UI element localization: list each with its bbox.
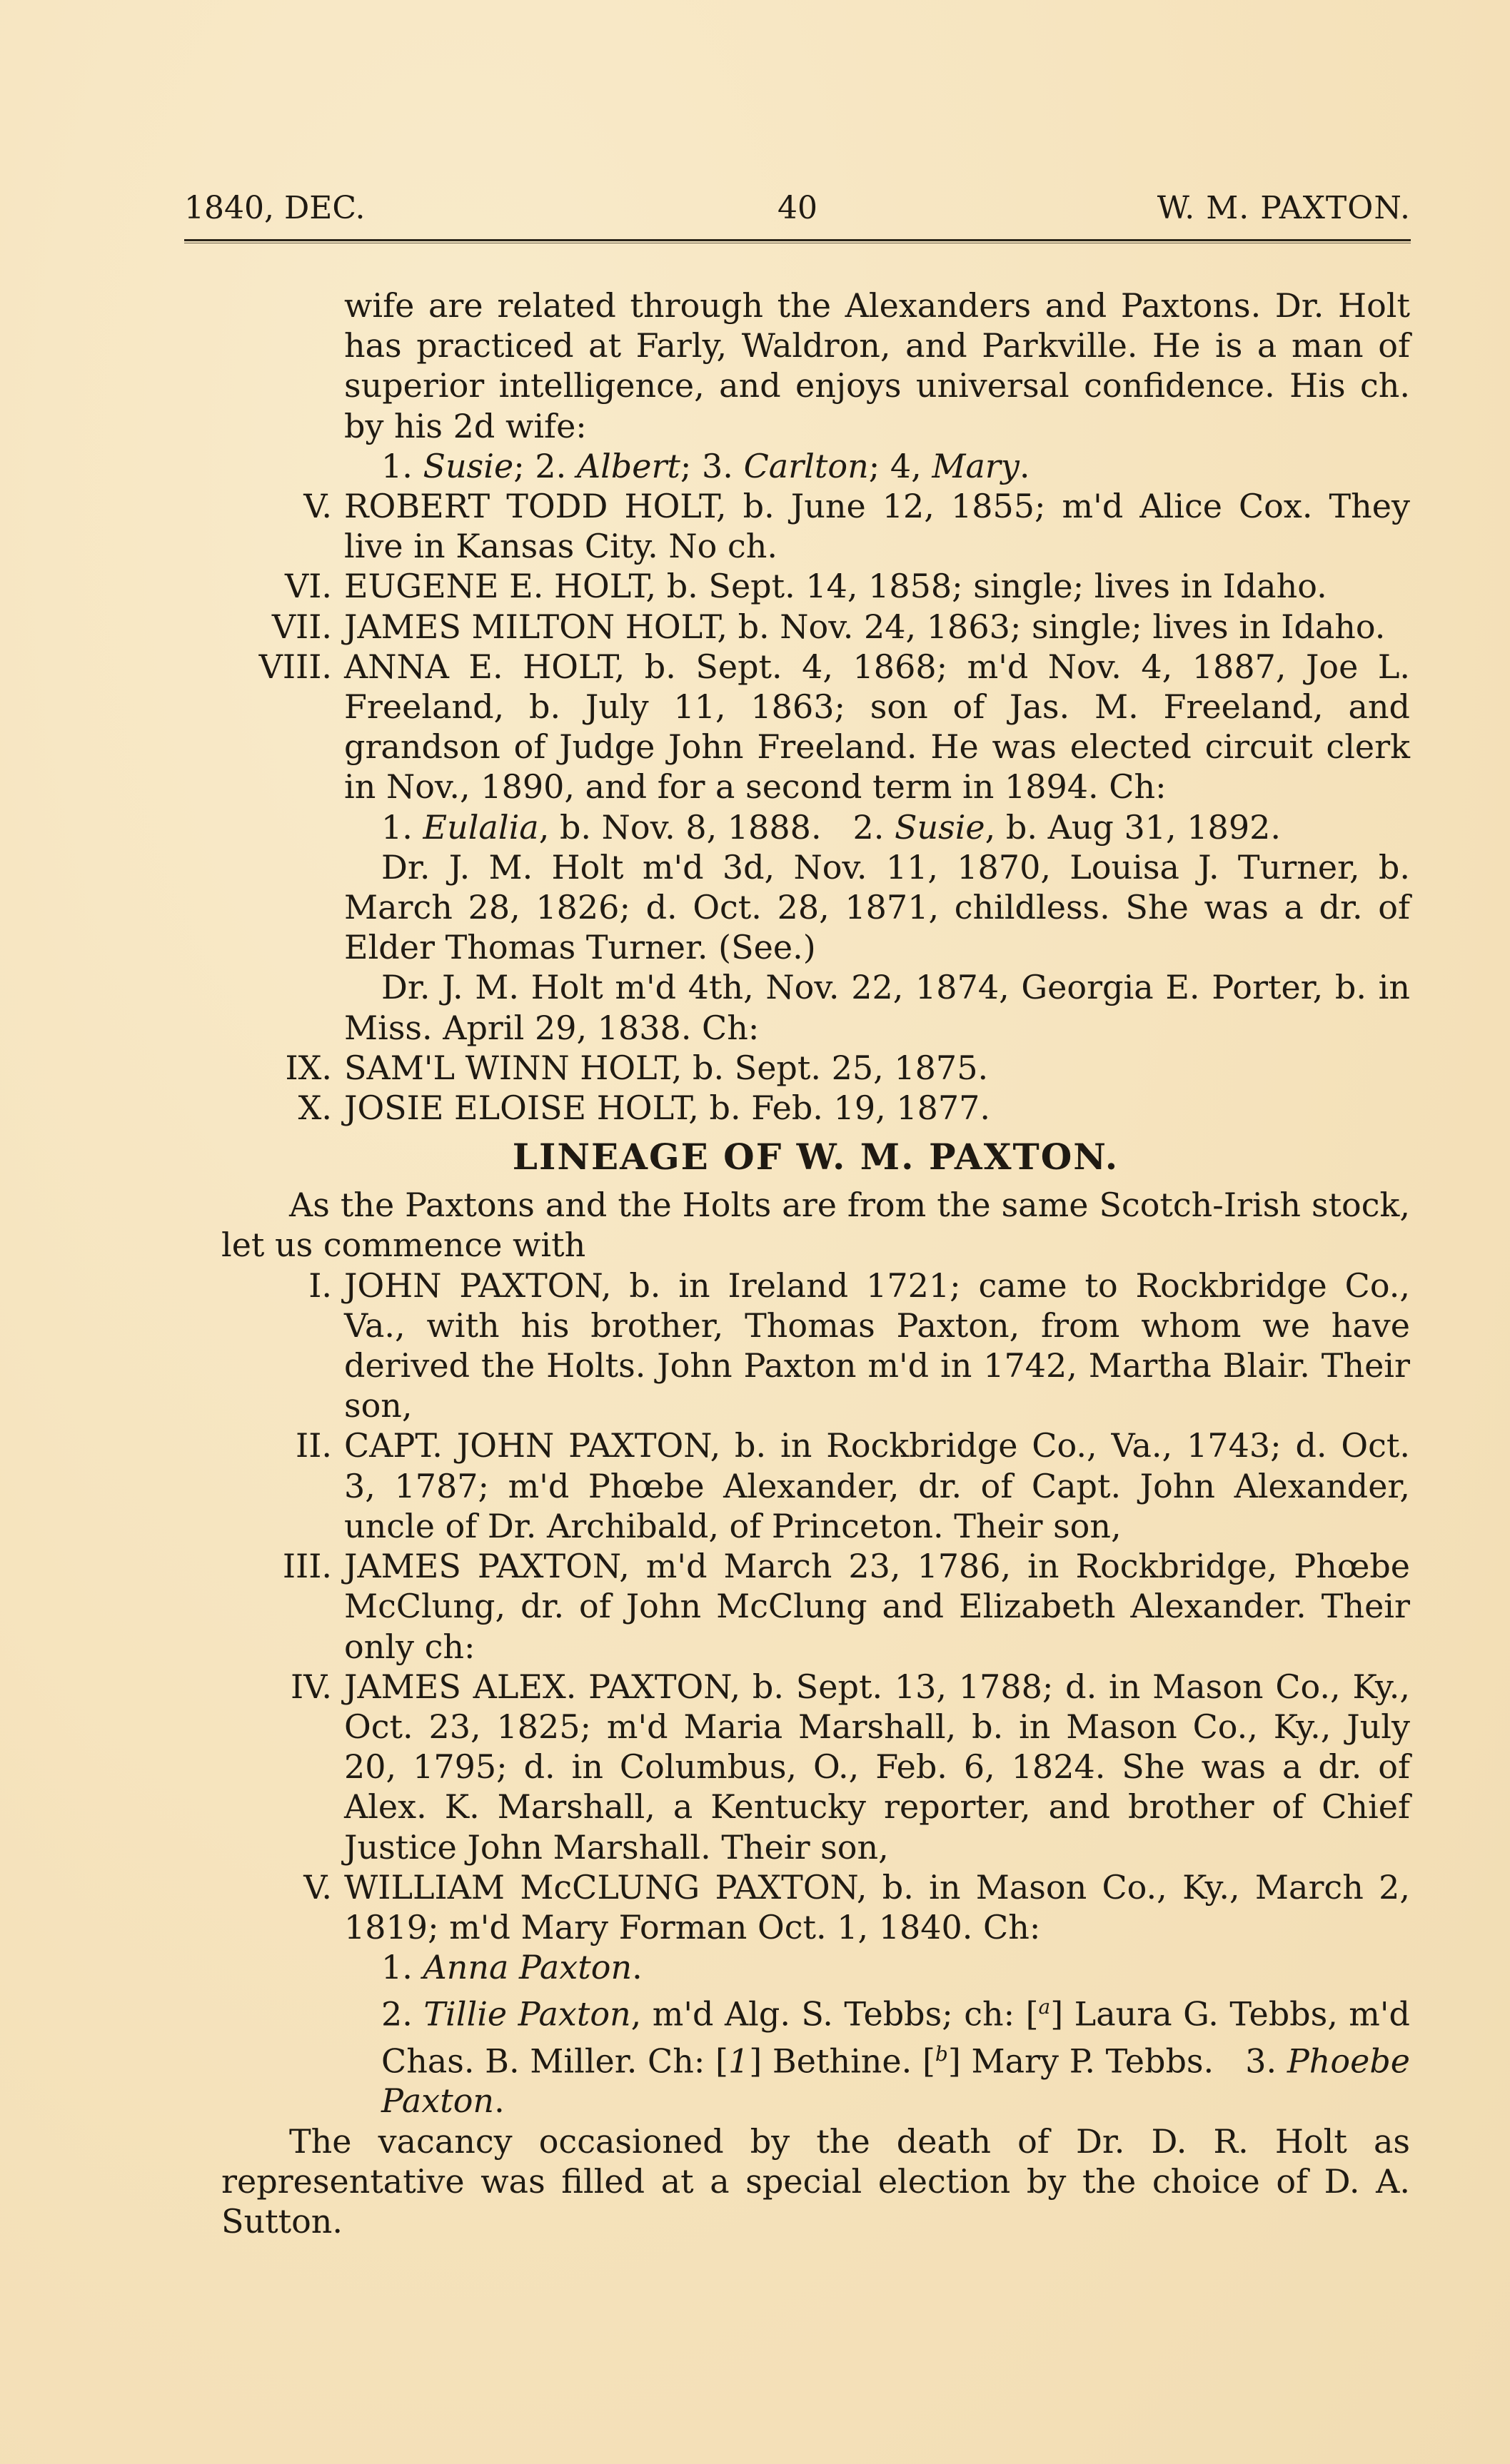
child-number: 1. [381, 1948, 413, 1986]
roman-numeral: IX. [221, 1048, 332, 1088]
grandchild-marker: b [935, 2042, 948, 2066]
roman-numeral: V. [221, 486, 332, 526]
child-number: 2. [852, 808, 884, 847]
closing-paragraph: The vacancy occasioned by the death of D… [221, 2121, 1410, 2242]
footnote-bracket: ] [1050, 1995, 1063, 2034]
separator: . [632, 1948, 643, 1986]
child-detail: , b. Aug 31, 1892. [985, 808, 1281, 847]
entry-text: ROBERT TODD HOLT, b. June 12, 1855; m'd … [344, 487, 1410, 565]
separator: ; 4, [869, 447, 932, 485]
genealogy-entry: VIII. ANNA E. HOLT, b. Sept. 4, 1868; m'… [221, 647, 1410, 807]
entry-text: WILLIAM McCLUNG PAXTON, b. in Mason Co.,… [344, 1868, 1410, 1947]
lineage-intro-paragraph: As the Paxtons and the Holts are from th… [221, 1185, 1410, 1265]
roman-numeral: VII. [221, 607, 332, 647]
entry-text: JAMES ALEX. PAXTON, b. Sept. 13, 1788; d… [344, 1667, 1410, 1867]
entry-text: EUGENE E. HOLT, b. Sept. 14, 1858; singl… [344, 567, 1327, 605]
holt-children-list: 1. Susie; 2. Albert; 3. Carlton; 4, Mary… [221, 446, 1410, 486]
child-detail: , m'd Alg. S. Tebbs; ch: [631, 1995, 1026, 2034]
child-name: Tillie Paxton [423, 1995, 630, 2034]
roman-numeral: III. [221, 1546, 332, 1586]
header-rule-divider [184, 239, 1411, 241]
entry-text: JAMES MILTON HOLT, b. Nov. 24, 1863; sin… [344, 607, 1385, 646]
genealogy-entry: VII. JAMES MILTON HOLT, b. Nov. 24, 1863… [221, 607, 1410, 647]
child-number: 1. [381, 808, 413, 847]
child-detail: , b. Nov. 8, 1888. [539, 808, 822, 847]
footnote-bracket: [ [715, 2041, 728, 2080]
holt-continuation-paragraph: wife are related through the Alexanders … [221, 286, 1410, 446]
separator: . [494, 2081, 505, 2120]
child-name: Mary [932, 447, 1020, 485]
fourth-marriage-paragraph: Dr. J. M. Holt m'd 4th, Nov. 22, 1874, G… [221, 967, 1410, 1047]
running-head: 1840, DEC. 40 W. M. PAXTON. [184, 187, 1411, 230]
roman-numeral: II. [221, 1425, 332, 1465]
running-head-author: W. M. PAXTON. [1157, 187, 1411, 230]
footnote-bracket: ] [749, 2041, 762, 2080]
child-number: 1. [381, 447, 413, 485]
genealogy-entry: III. JAMES PAXTON, m'd March 23, 1786, i… [221, 1546, 1410, 1667]
great-grandchild-marker: 1 [728, 2041, 749, 2080]
entry-text: ANNA E. HOLT, b. Sept. 4, 1868; m'd Nov.… [344, 647, 1410, 807]
child-number: 3. [1245, 2041, 1277, 2080]
entry-text: JAMES PAXTON, m'd March 23, 1786, in Roc… [344, 1547, 1410, 1665]
separator: . [1020, 447, 1030, 485]
genealogy-entry: I. JOHN PAXTON, b. in Ireland 1721; came… [221, 1266, 1410, 1426]
wmp-child-1: 1. Anna Paxton. [221, 1947, 1410, 1987]
grandchild-detail: Mary P. Tebbs. [961, 2041, 1214, 2080]
grandchild-marker: a [1039, 1995, 1051, 2019]
genealogy-entry: II. CAPT. JOHN PAXTON, b. in Rockbridge … [221, 1425, 1410, 1546]
child-name: Anna Paxton [423, 1948, 633, 1986]
section-heading: LINEAGE OF W. M. PAXTON. [221, 1135, 1410, 1179]
separator: ; 2. [513, 447, 577, 485]
entry-text: JOHN PAXTON, b. in Ireland 1721; came to… [344, 1266, 1410, 1425]
entry-text: SAM'L WINN HOLT, b. Sept. 25, 1875. [344, 1049, 988, 1087]
genealogy-entry: IX. SAM'L WINN HOLT, b. Sept. 25, 1875. [221, 1048, 1410, 1088]
child-number: 2. [381, 1995, 413, 2034]
roman-numeral: V. [221, 1867, 332, 1907]
wmp-child-2: 2. Tillie Paxton, m'd Alg. S. Tebbs; ch:… [221, 1987, 1410, 2121]
footnote-bracket: [ [1026, 1995, 1039, 2034]
genealogy-entry: X. JOSIE ELOISE HOLT, b. Feb. 19, 1877. [221, 1088, 1410, 1128]
footnote-bracket: [ [922, 2041, 935, 2080]
book-page: 1840, DEC. 40 W. M. PAXTON. wife are rel… [0, 0, 1510, 2464]
entry-text: CAPT. JOHN PAXTON, b. in Rockbridge Co.,… [344, 1426, 1410, 1545]
third-marriage-paragraph: Dr. J. M. Holt m'd 3d, Nov. 11, 1870, Lo… [221, 847, 1410, 968]
entry-text: JOSIE ELOISE HOLT, b. Feb. 19, 1877. [344, 1089, 990, 1127]
roman-numeral: VIII. [221, 647, 332, 687]
body-text: wife are related through the Alexanders … [221, 286, 1410, 2241]
genealogy-entry: V. ROBERT TODD HOLT, b. June 12, 1855; m… [221, 486, 1410, 566]
child-name: Albert [577, 447, 680, 485]
roman-numeral: VI. [221, 566, 332, 606]
great-grandchild-detail: Bethine. [762, 2041, 912, 2080]
child-name: Susie [895, 808, 985, 847]
child-name: Eulalia [423, 808, 539, 847]
genealogy-entry: IV. JAMES ALEX. PAXTON, b. Sept. 13, 178… [221, 1667, 1410, 1867]
child-name: Susie [423, 447, 514, 485]
roman-numeral: IV. [221, 1667, 332, 1707]
roman-numeral: X. [221, 1088, 332, 1128]
separator: ; 3. [680, 447, 744, 485]
footnote-bracket: ] [948, 2041, 961, 2080]
genealogy-entry: V. WILLIAM McCLUNG PAXTON, b. in Mason C… [221, 1867, 1410, 1947]
genealogy-entry: VI. EUGENE E. HOLT, b. Sept. 14, 1858; s… [221, 566, 1410, 606]
anna-children-list: 1. Eulalia, b. Nov. 8, 1888. 2. Susie, b… [221, 807, 1410, 847]
child-name: Carlton [744, 447, 869, 485]
roman-numeral: I. [221, 1266, 332, 1306]
